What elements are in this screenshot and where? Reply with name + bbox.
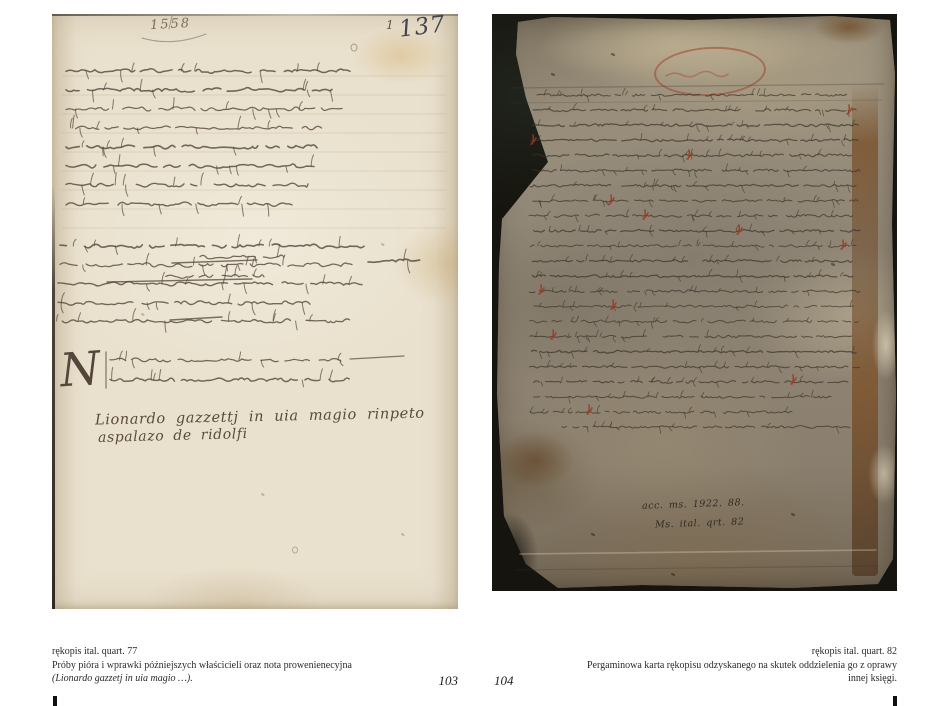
caption-right-line2: Pergaminowa karta rękopisu odzyskanego n…: [492, 659, 897, 673]
caption-left-line2: Próby pióra i wprawki późniejszych właśc…: [52, 659, 458, 673]
book-spread-page: 1558 1 137 N Lionardo gazzettj in uia ma…: [0, 0, 950, 706]
pen-trials-handwriting-art: [52, 14, 458, 609]
page-number-right: 104: [494, 673, 514, 689]
crop-mark-right: [893, 696, 897, 706]
page-number-left: 103: [439, 673, 459, 689]
caption-right: rękopis ital. quart. 82 Pergaminowa kart…: [492, 645, 897, 686]
top-inscription: 1558: [150, 16, 192, 33]
crop-mark-left: [53, 696, 57, 706]
initial-letter: N: [58, 341, 102, 398]
caption-left-line1: rękopis ital. quart. 77: [52, 645, 458, 659]
top-mark: 1: [386, 18, 394, 32]
plate-left-manuscript-photo: 1558 1 137 N Lionardo gazzettj in uia ma…: [52, 14, 458, 609]
caption-left: rękopis ital. quart. 77 Próby pióra i wp…: [52, 645, 458, 686]
caption-right-line1: rękopis ital. quart. 82: [492, 645, 897, 659]
caption-left-line3: (Lionardo gazzetj in uia magio …).: [52, 672, 458, 686]
caption-right-line3: innej księgi.: [492, 672, 897, 686]
plate-right-parchment-photo: acc. ms. 1922. 88. Ms. ital. qrt. 82: [492, 14, 897, 591]
